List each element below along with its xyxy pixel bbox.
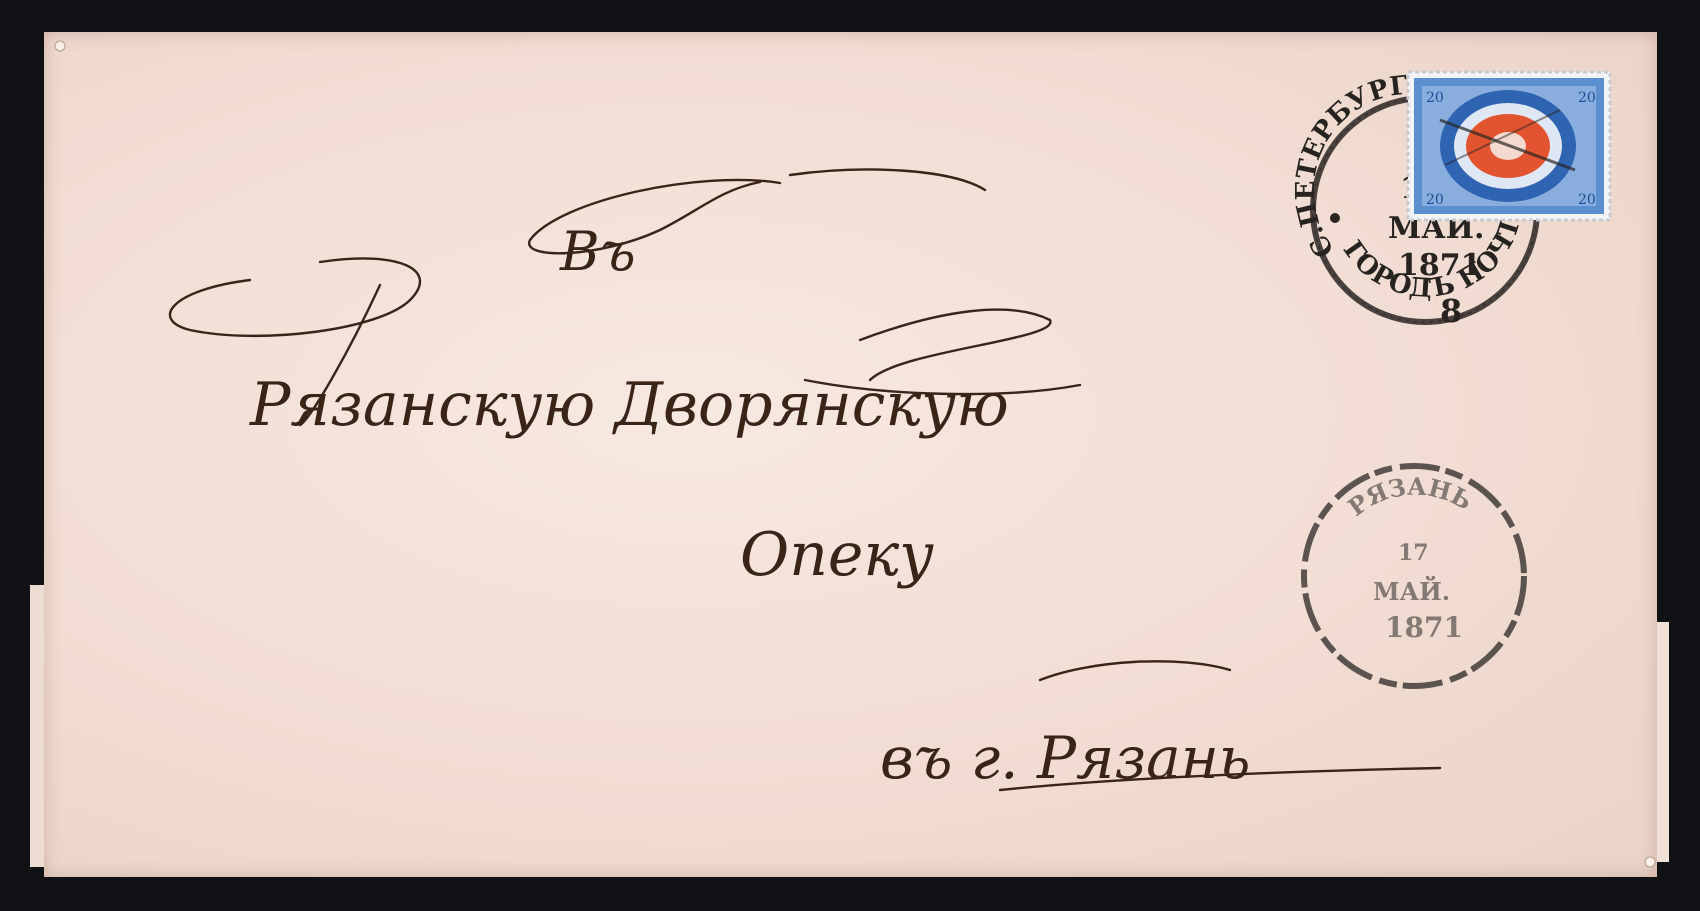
arrival-day: 17 bbox=[1398, 540, 1429, 566]
postage-stamp: 20 20 20 20 bbox=[1408, 72, 1610, 220]
postmark-number: 8 bbox=[1440, 292, 1462, 330]
address-line-2: Рязанскую Дворянскую bbox=[249, 370, 1009, 440]
stamp-value-bottom-left: 20 bbox=[1426, 192, 1444, 208]
stamp-value-bottom-right: 20 bbox=[1578, 192, 1596, 208]
arrival-postmark: РЯЗАНЬ 17 МАЙ. 1871 bbox=[1304, 466, 1524, 686]
address-line-4: въ г. Рязань bbox=[880, 724, 1250, 792]
postmark-year: 1871 bbox=[1398, 248, 1482, 283]
arrival-month: МАЙ. bbox=[1373, 575, 1450, 606]
address-line-1: Въ bbox=[559, 220, 636, 283]
cover-artwork: С.ПЕТЕРБУРГЪ ГОРОДЪ ПОЧТА 16 МАЙ. 1871 8… bbox=[0, 0, 1700, 911]
punch-hole-icon bbox=[55, 41, 65, 51]
origin-postmark: С.ПЕТЕРБУРГЪ ГОРОДЪ ПОЧТА 16 МАЙ. 1871 8 bbox=[0, 0, 1537, 330]
arrival-year: 1871 bbox=[1385, 611, 1463, 644]
stamp-value-top-left: 20 bbox=[1426, 90, 1444, 106]
stamp-value-top-right: 20 bbox=[1578, 90, 1596, 106]
flourish bbox=[1040, 661, 1230, 680]
punch-hole-icon bbox=[1645, 857, 1655, 867]
address-line-3: Опеку bbox=[740, 520, 934, 590]
